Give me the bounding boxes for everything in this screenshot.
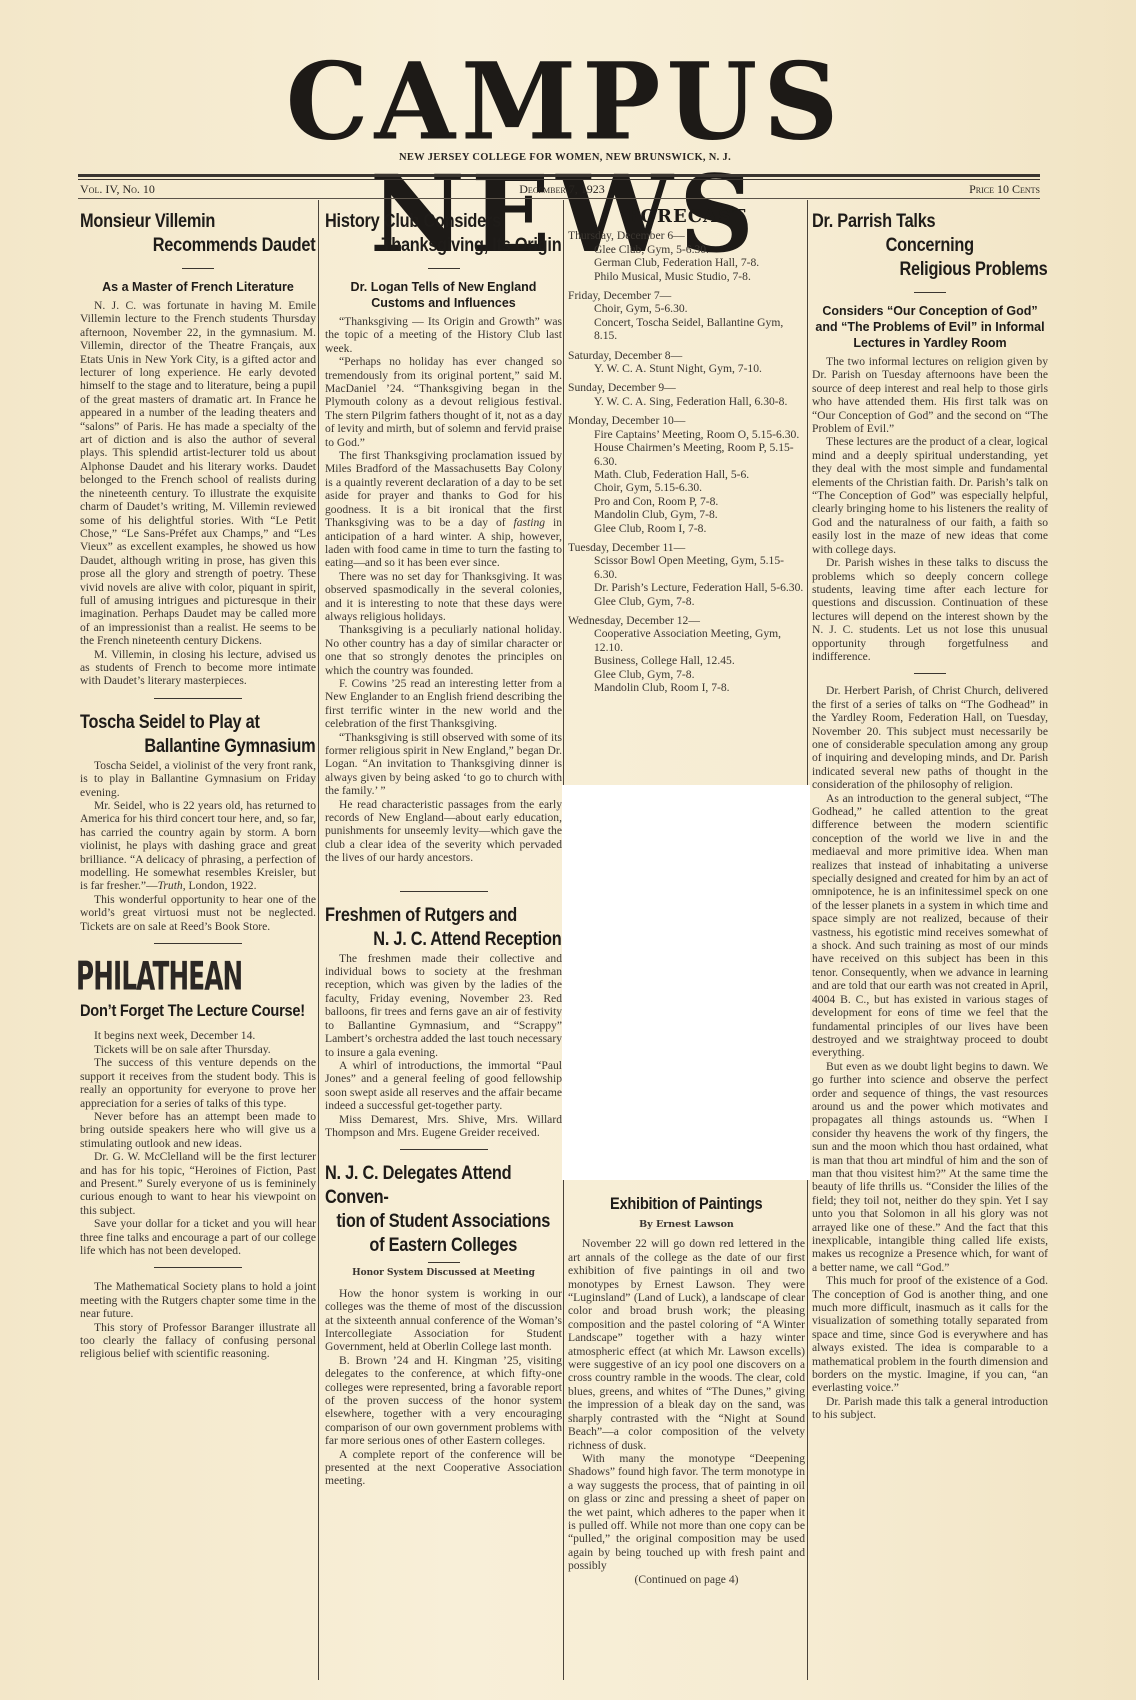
divider: [428, 268, 460, 269]
headline-line: Religious Problems: [812, 258, 1047, 282]
article-math-society: The Mathematical Society plans to hold a…: [80, 1280, 316, 1360]
divider: [428, 1262, 460, 1263]
forecast-event: Scissor Bowl Open Meeting, Gym, 5.15-6.3…: [568, 554, 805, 581]
paragraph: He read characteristic passages from the…: [325, 798, 562, 865]
article-seidel: Toscha Seidel to Play at Ballantine Gymn…: [80, 711, 316, 933]
paragraph: Miss Demarest, Mrs. Shive, Mrs. Willard …: [325, 1113, 562, 1140]
forecast-day: Tuesday, December 11—Scissor Bowl Open M…: [568, 541, 805, 608]
headline: Monsieur Villemin Recommends Daudet: [80, 210, 315, 258]
article-separator: [154, 1267, 242, 1268]
column-3-lower: Exhibition of Paintings By Ernest Lawson…: [568, 1192, 805, 1586]
forecast-day: Thursday, December 6—Glee Club, Gym, 5-6…: [568, 229, 805, 283]
headline-line: tion of Student Associations: [325, 1210, 561, 1234]
paragraph: A whirl of introductions, the immortal “…: [325, 1059, 562, 1113]
article-freshmen-reception: Freshmen of Rutgers and N. J. C. Attend …: [325, 904, 562, 1140]
column-1: Monsieur Villemin Recommends Daudet As a…: [80, 210, 316, 1361]
forecast-event: Cooperative Association Meeting, Gym, 12…: [568, 627, 805, 654]
issue-date: December 7, 1923: [519, 182, 604, 197]
masthead-rule-thin: [78, 179, 1040, 180]
forecast-event: Fire Captains’ Meeting, Room O, 5.15-6.3…: [568, 428, 805, 441]
forecast-event: Math. Club, Federation Hall, 5-6.: [568, 468, 805, 481]
headline-line: N. J. C. Delegates Attend Conven-: [325, 1162, 561, 1210]
column-2: History Club Considers Thanksgiving, Its…: [325, 210, 562, 1488]
forecast-event: German Club, Federation Hall, 7-8.: [568, 256, 805, 269]
forecast-day-label: Friday, December 7—: [568, 289, 805, 302]
paragraph: The Mathematical Society plans to hold a…: [80, 1280, 316, 1320]
article-separator: [400, 891, 488, 892]
forecast-calendar: FORECAST Thursday, December 6—Glee Club,…: [568, 210, 805, 694]
masthead-rule: [78, 174, 1040, 177]
forecast-event: Business, College Hall, 12.45.: [568, 654, 805, 667]
paragraph: M. Villemin, in closing his lecture, adv…: [80, 648, 316, 688]
blank-area: [562, 785, 810, 1180]
divider: [914, 673, 946, 674]
continued-note: (Continued on page 4): [568, 1573, 805, 1586]
forecast-event: Glee Club, Room I, 7-8.: [568, 522, 805, 535]
headline: Dr. Parrish Talks Concerning Religious P…: [812, 210, 1047, 282]
forecast-event: Mandolin Club, Room I, 7-8.: [568, 681, 805, 694]
paragraph: As an introduction to the general subjec…: [812, 792, 1048, 1060]
forecast-title: FORECAST: [568, 210, 805, 223]
headline-line: Recommends Daudet: [80, 234, 315, 258]
forecast-day-label: Sunday, December 9—: [568, 381, 805, 394]
paragraph: Mr. Seidel, who is 22 years old, has ret…: [80, 799, 316, 893]
paragraph: Tickets will be on sale after Thursday.: [80, 1043, 316, 1056]
article-philathean: PHILATHEAN Don’t Forget The Lecture Cour…: [80, 970, 316, 1257]
forecast-event: Dr. Parish’s Lecture, Federation Hall, 5…: [568, 581, 805, 594]
article-villemin: Monsieur Villemin Recommends Daudet As a…: [80, 210, 316, 688]
newspaper-page: CAMPUS NEWS NEW JERSEY COLLEGE FOR WOMEN…: [0, 0, 1136, 1700]
paragraph: “Thanksgiving is still observed with som…: [325, 731, 562, 798]
headline-line: N. J. C. Attend Reception: [325, 928, 561, 952]
forecast-event: Glee Club, Gym, 5-6.30.: [568, 243, 805, 256]
forecast-event: Philo Musical, Music Studio, 7-8.: [568, 270, 805, 283]
column-4: Dr. Parrish Talks Concerning Religious P…: [812, 210, 1048, 1422]
forecast-day-label: Tuesday, December 11—: [568, 541, 805, 554]
volume-number: Vol. IV, No. 10: [80, 182, 155, 197]
subheadline: Considers “Our Conception of God” and “T…: [812, 303, 1048, 351]
forecast-day: Wednesday, December 12—Cooperative Assoc…: [568, 614, 805, 694]
forecast-day-label: Wednesday, December 12—: [568, 614, 805, 627]
forecast-event: Y. W. C. A. Sing, Federation Hall, 6.30-…: [568, 395, 805, 408]
headline-line: Dr. Parrish Talks: [812, 210, 1047, 234]
column-3: FORECAST Thursday, December 6—Glee Club,…: [568, 210, 805, 694]
byline: By Ernest Lawson: [568, 1218, 805, 1231]
paragraph: This much for proof of the existence of …: [812, 1274, 1048, 1395]
paragraph: This story of Professor Baranger illustr…: [80, 1321, 316, 1361]
forecast-event: Concert, Toscha Seidel, Ballantine Gym, …: [568, 316, 805, 343]
paragraph: A complete report of the conference will…: [325, 1448, 562, 1488]
forecast-event: Pro and Con, Room P, 7-8.: [568, 495, 805, 508]
divider: [914, 292, 946, 293]
forecast-day: Monday, December 10—Fire Captains’ Meeti…: [568, 414, 805, 535]
headline: Don’t Forget The Lecture Course!: [80, 999, 315, 1023]
article-history-club: History Club Considers Thanksgiving, Its…: [325, 210, 562, 865]
headline-line: of Eastern Colleges: [325, 1234, 561, 1258]
forecast-event: Choir, Gym, 5.15-6.30.: [568, 481, 805, 494]
paragraph: This wonderful opportunity to hear one o…: [80, 893, 316, 933]
paragraph: Dr. Parish made this talk a general intr…: [812, 1395, 1048, 1422]
paragraph: Dr. Herbert Parish, of Christ Church, de…: [812, 684, 1048, 791]
price: Price 10 Cents: [969, 182, 1040, 197]
paragraph: The freshmen made their collective and i…: [325, 952, 562, 1059]
forecast-event: Y. W. C. A. Stunt Night, Gym, 7-10.: [568, 362, 805, 375]
paragraph: Toscha Seidel, a violinist of the very f…: [80, 759, 316, 799]
headline-line: Monsieur Villemin: [80, 210, 315, 234]
forecast-event: Choir, Gym, 5-6.30.: [568, 302, 805, 315]
forecast-day-label: Saturday, December 8—: [568, 349, 805, 362]
paragraph: Save your dollar for a ticket and you wi…: [80, 1217, 316, 1257]
divider: [182, 268, 214, 269]
forecast-event: House Chairmen’s Meeting, Room P, 5.15-6…: [568, 441, 805, 468]
forecast-event: Mandolin Club, Gym, 7-8.: [568, 508, 805, 521]
forecast-day-label: Monday, December 10—: [568, 414, 805, 427]
article-separator: [154, 943, 242, 944]
paragraph: These lectures are the product of a clea…: [812, 435, 1048, 556]
paragraph: But even as we doubt light begins to daw…: [812, 1060, 1048, 1275]
headline: N. J. C. Delegates Attend Conven- tion o…: [325, 1162, 561, 1258]
column-divider: [318, 200, 319, 1680]
folio-line: Vol. IV, No. 10 December 7, 1923 Price 1…: [80, 182, 1040, 197]
paragraph: The two informal lectures on religion gi…: [812, 355, 1048, 435]
paragraph: November 22 will go down red lettered in…: [568, 1237, 805, 1452]
folio-rule: [78, 198, 1040, 199]
headline-line: Concerning: [812, 234, 1047, 258]
article-separator: [400, 1149, 488, 1150]
paragraph: The first Thanksgiving proclamation issu…: [325, 449, 562, 570]
paragraph: How the honor system is working in our c…: [325, 1287, 562, 1354]
subheadline: As a Master of French Literature: [80, 279, 316, 295]
paragraph: Dr. G. W. McClelland will be the first l…: [80, 1150, 316, 1217]
paragraph: It begins next week, December 14.: [80, 1029, 316, 1042]
forecast-event: Glee Club, Gym, 7-8.: [568, 668, 805, 681]
paragraph: Thanksgiving is a peculiarly national ho…: [325, 623, 562, 677]
paragraph: With many the monotype “Deepening Shadow…: [568, 1452, 805, 1573]
publisher-line: NEW JERSEY COLLEGE FOR WOMEN, NEW BRUNSW…: [70, 152, 1060, 163]
article-delegates: N. J. C. Delegates Attend Conven- tion o…: [325, 1162, 562, 1488]
paragraph: N. J. C. was fortunate in having M. Emil…: [80, 299, 316, 648]
paragraph: “Thanksgiving — Its Origin and Growth” w…: [325, 315, 562, 355]
headline-line: Freshmen of Rutgers and: [325, 904, 561, 928]
subheadline: Honor System Discussed at Meeting: [325, 1267, 562, 1280]
paragraph: F. Cowins ’25 read an interesting letter…: [325, 677, 562, 731]
article-parrish: Dr. Parrish Talks Concerning Religious P…: [812, 210, 1048, 1422]
subheadline: Dr. Logan Tells of New England Customs a…: [325, 279, 562, 311]
forecast-days: Thursday, December 6—Glee Club, Gym, 5-6…: [568, 229, 805, 694]
article-separator: [154, 698, 242, 699]
headline-line: Toscha Seidel to Play at: [80, 711, 315, 735]
paragraph: Never before has an attempt been made to…: [80, 1110, 316, 1150]
paragraph: There was no set day for Thanksgiving. I…: [325, 570, 562, 624]
headline-line: Ballantine Gymnasium: [80, 735, 315, 759]
forecast-day: Saturday, December 8—Y. W. C. A. Stunt N…: [568, 349, 805, 376]
headline-line: Thanksgiving, Its Origin: [325, 234, 561, 258]
headline: Exhibition of Paintings: [568, 1192, 804, 1216]
paragraph: The success of this venture depends on t…: [80, 1056, 316, 1110]
headline-line: History Club Considers: [325, 210, 561, 234]
headline: History Club Considers Thanksgiving, Its…: [325, 210, 561, 258]
forecast-day: Sunday, December 9—Y. W. C. A. Sing, Fed…: [568, 381, 805, 408]
headline: Freshmen of Rutgers and N. J. C. Attend …: [325, 904, 561, 952]
article-paintings: Exhibition of Paintings By Ernest Lawson…: [568, 1192, 805, 1586]
paragraph: Dr. Parish wishes in these talks to disc…: [812, 556, 1048, 663]
paragraph: B. Brown ’24 and H. Kingman ’25, visitin…: [325, 1354, 562, 1448]
forecast-event: Glee Club, Gym, 7-8.: [568, 595, 805, 608]
paragraph: “Perhaps no holiday has ever changed so …: [325, 355, 562, 449]
headline: Toscha Seidel to Play at Ballantine Gymn…: [80, 711, 315, 759]
forecast-day: Friday, December 7—Choir, Gym, 5-6.30.Co…: [568, 289, 805, 343]
philathean-logo: PHILATHEAN: [76, 968, 280, 986]
forecast-day-label: Thursday, December 6—: [568, 229, 805, 242]
